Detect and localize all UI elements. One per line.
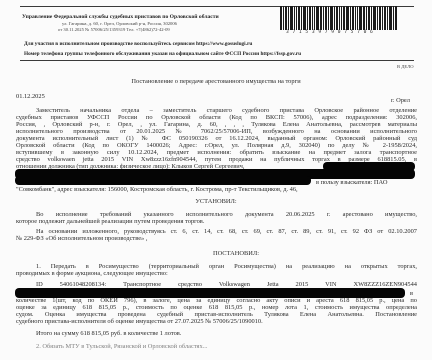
document-date: 01.12.2025 — [16, 93, 45, 100]
property-line: оценке за единицу 618 815,05 р., стоимос… — [16, 304, 417, 311]
document-page: Управление Федеральной службы судебных п… — [0, 0, 432, 360]
established-line: которое подлежит дальнейшей реализации п… — [16, 218, 417, 225]
property-line: судом. Оценка имущества проведена судебн… — [16, 311, 417, 318]
file-mark: В ДЕЛО — [397, 64, 414, 69]
intro-line: судебных приставов УФССП России по Орлов… — [16, 114, 417, 121]
section-resolved: ПОСТАНОВИЛ: — [20, 250, 432, 257]
item2-line: 2. Обязать МТУ в Тульской, Рязанской и О… — [36, 343, 417, 350]
intro-line: исполнительного производства от 20.01.20… — [16, 128, 417, 135]
property-line: судебного пристава-исполнителя об оценке… — [16, 318, 417, 325]
document-city: г. Орел — [391, 97, 410, 104]
registration-line: от 30.11.2025 № 57006/25/1359319 Тел. +7… — [58, 27, 170, 32]
property-line: ID 54061048208134: Транспортное средство… — [36, 281, 417, 288]
intro-line: вступившему в законную силу 10.12.2024, … — [16, 149, 417, 156]
agency-name: Управление Федеральной службы судебных п… — [22, 14, 219, 20]
basis-line: № 229-ФЗ «Об исполнительном производстве… — [16, 235, 417, 242]
basis-line: На основании изложенного, руководствуясь… — [36, 228, 417, 235]
established-line: Во исполнение требований указанного испо… — [36, 211, 417, 218]
total-line: Итого на сумму 618 815,05 руб. в количес… — [36, 330, 417, 337]
creditor-label: в пользу взыскателя: ПАО — [316, 179, 387, 186]
creditor-line: "Совкомбанк", адрес взыскателя: 156000, … — [16, 186, 417, 193]
gosuslugi-notice: Для участия в исполнительном производств… — [24, 41, 252, 47]
intro-line: Заместитель начальника отдела – заместит… — [36, 107, 417, 114]
barcode-digits: 37153979075706 — [286, 30, 416, 35]
phone-notice: Номер телефона группы телефонного обслуж… — [24, 51, 301, 57]
agency-address: ул. Гагарина, д. 60, г. Орел, Орловский … — [62, 21, 177, 26]
property-line: количестве 1(шт, код по ОКЕИ 796), в зал… — [16, 297, 417, 304]
intro-line: Россия, , Орловский р-н, г. Орел, , ул. … — [16, 121, 417, 128]
document-title: Постановление о передаче арестованного и… — [0, 78, 432, 85]
item1-line: проводимых в форме аукциона, следующее и… — [16, 270, 417, 277]
item1-line: 1. Передать в Росимущество (территориаль… — [36, 263, 417, 270]
redaction-box — [15, 176, 311, 185]
intro-line: документа исполнительный лист (1) № ФС 0… — [16, 135, 417, 142]
header-bottom-rule — [20, 60, 414, 61]
property-tail: в — [410, 290, 413, 297]
section-established: УСТАНОВИЛ: — [0, 198, 432, 205]
intro-line: Орловской области (Код по ОКОГУ 1400026;… — [16, 142, 417, 149]
barcode — [280, 6, 420, 30]
